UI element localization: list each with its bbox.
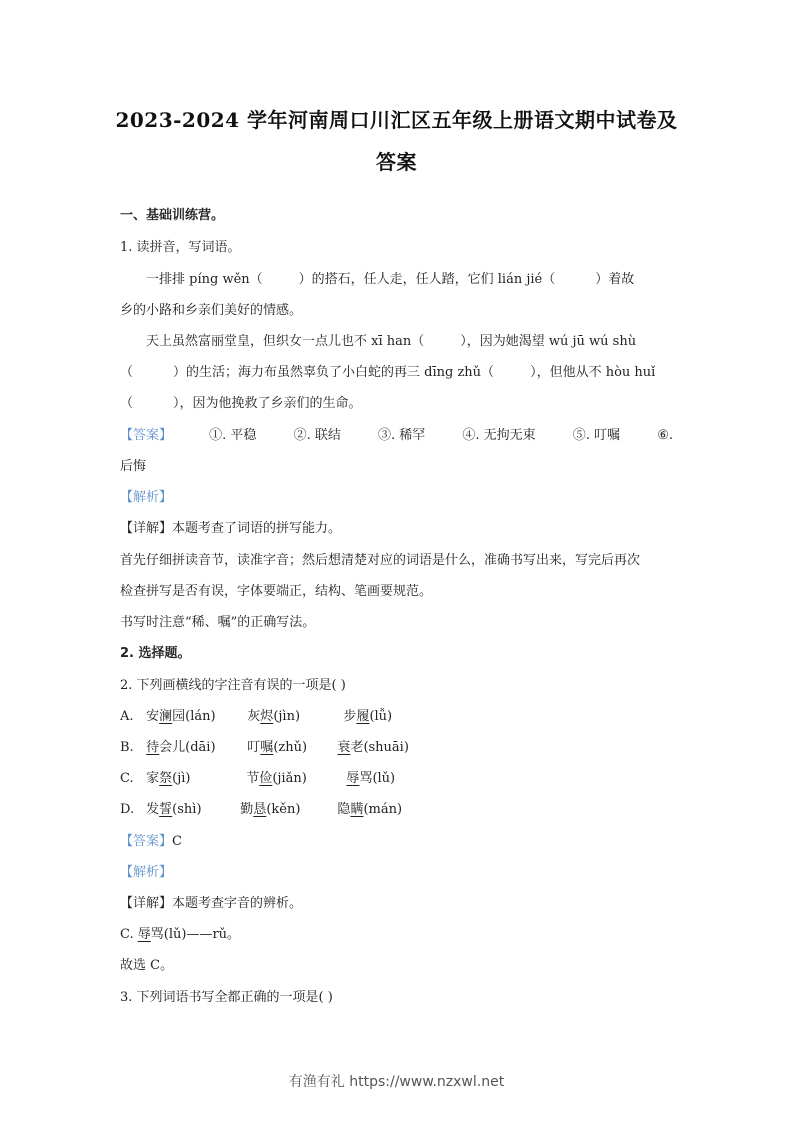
q2-option-c: C. 家祭(jì) 节俭(jiǎn) 辱骂(lǔ) [120,771,675,787]
option-text: 会儿(dāi) [159,740,215,755]
q1-paragraph2-line3: （），因为他挽救了乡亲们的生命。 [120,396,675,412]
option-text: 老(shuāi) [350,740,408,755]
underlined-char: 辱 [138,927,151,942]
q1-p2-part-a: 天上虽然富丽堂皇，但织女一点儿也不 xī han（ [146,334,424,349]
q3-stem: 3. 下列词语书写全都正确的一项是( ) [120,990,675,1006]
option-text: (mán) [363,802,402,817]
q1-p1-part-b: ）的搭石，任人走，任人踏，它们 lián jié（ [299,272,556,287]
q1-paragraph1-line2: 乡的小路和乡亲们美好的情感。 [120,303,675,319]
q2-answer-line: 【答案】C [120,834,675,850]
document-page: 2023-2024 学年河南周口川汇区五年级上册语文期中试卷及 答案 一、基础训… [0,0,793,1122]
q1-paragraph1-line1: 一排排 píng wěn（）的搭石，任人走，任人踏，它们 lián jié（）着… [146,272,675,288]
underlined-char: 恳 [253,802,266,817]
answer-item-5: ⑤. 叮嘱 [573,428,620,444]
q1-analysis-label: 【解析】 [120,490,675,506]
option-text: (jiǎn) [272,771,306,786]
q1-detail-para1-line1: 首先仔细拼读音节，读准字音；然后想清楚对应的词语是什么，准确书写出来，写完后再次 [120,553,675,569]
q1-p2-part-b: ），因为她渴望 wú jū wú shù [460,334,636,349]
option-text: (shì) [172,802,201,817]
option-text: 骂(lǔ) [359,771,395,786]
answer-item-3: ③. 稀罕 [378,428,425,444]
q1-p1-part-c: ）着故 [595,272,634,287]
option-text: 勤 [240,802,253,817]
q1-answer-line: 【答案】 ①. 平稳 ②. 联结 ③. 稀罕 ④. 无拘无束 ⑤. 叮嘱 ⑥. [120,428,673,444]
option-text: (lǚ) [369,709,392,724]
option-letter: A. [120,709,142,725]
underlined-char: 待 [146,740,159,755]
section1-heading: 一、基础训练营。 [120,208,675,224]
q1-detail: 【详解】本题考查了词语的拼写能力。 [120,521,675,537]
option-letter: B. [120,740,142,756]
explain-text: 骂(lǔ)——rǔ。 [151,927,240,942]
q1-p2l2-part-b: ）的生活；海力布虽然辜负了小白蛇的再三 dīng zhǔ（ [173,365,494,380]
answer-item-1: ①. 平稳 [209,428,256,444]
q2-option-a: A. 安澜园(lán) 灰烬(jìn) 步履(lǚ) [120,709,675,725]
q1-p1-part-a: 一排排 píng wěn（ [146,272,263,287]
answer-item-4: ④. 无拘无束 [462,428,535,444]
underlined-char: 瞒 [350,802,363,817]
option-text: 灰 [247,709,260,724]
q2-explanation: C. 辱骂(lǔ)——rǔ。 [120,927,675,943]
q2-analysis-label: 【解析】 [120,865,675,881]
answer-label: 【答案】 [120,834,172,849]
q1-p2l2-part-c: ），但他从不 hòu huǐ [530,365,655,380]
option-text: 节 [246,771,259,786]
section2-heading: 2. 选择题。 [120,646,675,662]
underlined-char: 衰 [337,740,350,755]
underlined-char: 澜 [159,709,172,724]
underlined-char: 嘱 [260,740,273,755]
option-text: 安 [146,709,159,724]
option-text: (jì) [172,771,190,786]
q1-stem: 1. 读拼音，写词语。 [120,240,675,256]
option-text: (zhǔ) [273,740,307,755]
q2-detail: 【详解】本题考查字音的辨析。 [120,896,675,912]
option-text: 隐 [337,802,350,817]
option-letter: D. [120,802,142,818]
q2-option-b: B. 待会儿(dāi) 叮嘱(zhǔ) 衰老(shuāi) [120,740,675,756]
q1-detail-para2: 书写时注意“稀、嘱”的正确写法。 [120,615,675,631]
answer-label: 【答案】 [120,428,172,444]
q2-option-d: D. 发誓(shì) 勤恳(kěn) 隐瞒(mán) [120,802,675,818]
explain-text: C. [120,927,138,942]
document-title-line2: 答案 [100,146,693,175]
underlined-char: 誓 [159,802,172,817]
q1-p2l3-part-a: （ [120,396,133,411]
q1-paragraph2-line1: 天上虽然富丽堂皇，但织女一点儿也不 xī han（），因为她渴望 wú jū w… [146,334,675,350]
option-text: 步 [343,709,356,724]
underlined-char: 俭 [259,771,272,786]
q2-conclusion: 故选 C。 [120,958,675,974]
q1-detail-para1-line2: 检查拼写是否有误，字体要端正，结构、笔画要规范。 [120,584,675,600]
document-title-line1: 2023-2024 学年河南周口川汇区五年级上册语文期中试卷及 [100,104,693,133]
option-letter: C. [120,771,142,787]
underlined-char: 祭 [159,771,172,786]
page-footer-watermark: 有渔有礼 https://www.nzxwl.net [0,1071,793,1091]
option-text: 叮 [247,740,260,755]
answer-value: C [172,834,182,849]
option-text: 家 [146,771,159,786]
underlined-char: 履 [356,709,369,724]
answer-item-2: ②. 联结 [294,428,341,444]
answer-item-6: ⑥. [657,428,673,444]
underlined-char: 辱 [346,771,359,786]
q1-answer-continued: 后悔 [120,459,675,475]
option-text: (jìn) [273,709,300,724]
q1-p2l2-part-a: （ [120,365,133,380]
q1-p2l3-part-b: ），因为他挽救了乡亲们的生命。 [173,396,362,411]
option-text: 园(lán) [172,709,215,724]
underlined-char: 烬 [260,709,273,724]
option-text: 发 [146,802,159,817]
option-text: (kěn) [266,802,300,817]
q1-paragraph2-line2: （）的生活；海力布虽然辜负了小白蛇的再三 dīng zhǔ（），但他从不 hòu… [120,365,675,381]
q2-stem: 2. 下列画横线的字注音有误的一项是( ) [120,678,675,694]
